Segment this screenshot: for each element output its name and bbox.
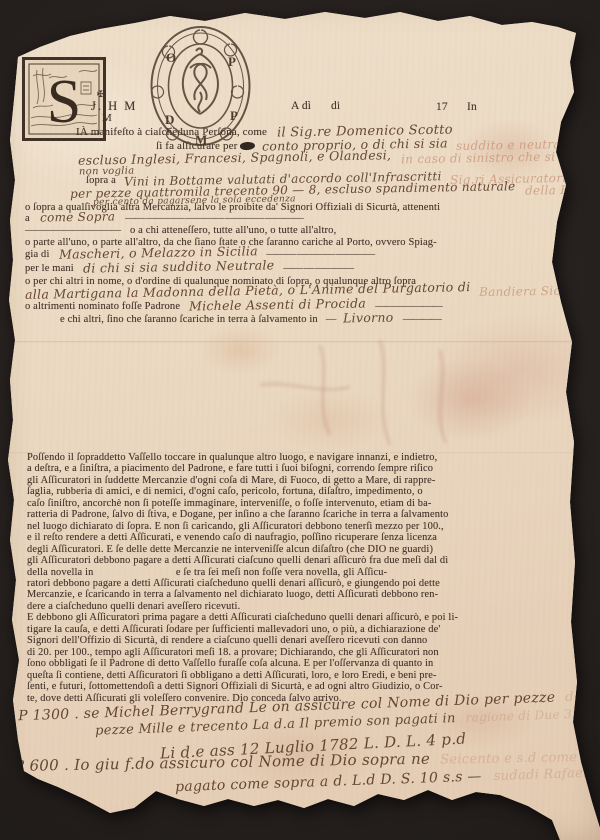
handwritten-signature: sudadi Rafael de Saro <box>493 764 600 784</box>
body-line: tigare la cauſa, e detti Aſſicurati ſoda… <box>27 624 549 635</box>
body-line: ſono obbligati ſe il Padrone di detto Va… <box>27 658 549 669</box>
body-line: e il reſto rendere a detti Aſſicurati, e… <box>27 532 549 543</box>
paper-wrap: O P D P M <box>0 0 600 840</box>
printed-text: e chi altri, ſino che ſaranno ſcariche i… <box>60 314 318 325</box>
blank-rule: ———— <box>403 314 441 325</box>
date-label-di: di <box>331 100 340 112</box>
year-prefix: 17 <box>436 101 448 113</box>
body-line: nel luogo dichiarato di ſopra. E non ſi … <box>27 521 549 532</box>
body-line: degli Aſſicuratori. E ſe delle dette Mer… <box>27 544 549 555</box>
body-line: Poſſendo il ſopraddetto Vaſſello toccare… <box>27 452 549 463</box>
handwritten-destination-port: Livorno <box>343 310 394 326</box>
body-line: gli Aſſicuratori debbono pagare a detti … <box>27 555 549 566</box>
opening-line-17: e chi altri, ſino che ſaranno ſcariche i… <box>60 309 441 327</box>
body-line: E debbono gli Aſſicuratori prima pagare … <box>27 612 549 623</box>
seal-letter-o: O <box>166 50 176 65</box>
date-label-adi: A dì <box>291 100 311 112</box>
handwritten-subscription: pagato come sopra a d. L.d D. S. 10 s.s … <box>175 769 482 796</box>
body-line: dere a ciaſcheduno quelli denari aveſſer… <box>27 601 549 612</box>
handwritten-faded: Bandiera Siciliana — <box>479 283 600 299</box>
blank-rule: — <box>326 314 336 325</box>
body-line: caſo ſiniſtro, ancorchè non ſi poteſſe i… <box>27 498 549 509</box>
verso-ink-showthrough <box>60 325 550 460</box>
handwritten-faded: della Botte <box>524 182 594 197</box>
opening-line-3: escluso Inglesi, Francesi, Spagnoli, e O… <box>78 149 556 167</box>
seal-letter-p2: P <box>230 108 238 123</box>
policy-conditions-text: Poſſendo il ſopraddetto Vaſſello toccare… <box>27 452 549 704</box>
body-line: della novella in e ſe tra ſei meſi non f… <box>27 567 549 578</box>
handwritten-faded: d. Mille e pag. <box>565 687 600 705</box>
place-label-in: In <box>467 101 477 113</box>
body-line: gli Aſſicuratori in ſuddette Mercanzie d… <box>27 475 549 486</box>
body-line: a deſtra, e a ſiniſtra, a piacimento del… <box>27 463 549 474</box>
seal-letter-p: P <box>228 54 236 69</box>
handwritten-faded: in caso di sinistro che si <box>401 150 556 167</box>
body-line: di 20. per 100., tempo agli Aſſicuratori… <box>27 647 549 658</box>
body-line: ratteria di Padrone, ſalvo di ſtiva, e D… <box>27 509 549 520</box>
photo-of-insurance-document: O P D P M <box>0 0 600 840</box>
body-line: ſaglia, rubberia di amici, e di nemici, … <box>27 486 549 497</box>
document-paper: O P D P M <box>0 0 600 840</box>
body-line: queſta ſi contiene, detti Aſſicuratori ſ… <box>27 670 549 681</box>
monogram-jhm: J. H M <box>91 99 137 114</box>
handwritten-faded: ragione di Due 3 per % 1782 <box>465 704 600 724</box>
body-line: Signori dell'Offizio di Sicurtà, di rend… <box>27 635 549 646</box>
body-line: ratori debbono pagare a detti Aſſicurati… <box>27 578 549 589</box>
body-line: Mercanzie, e ſcaricando in terra a ſalva… <box>27 589 549 600</box>
